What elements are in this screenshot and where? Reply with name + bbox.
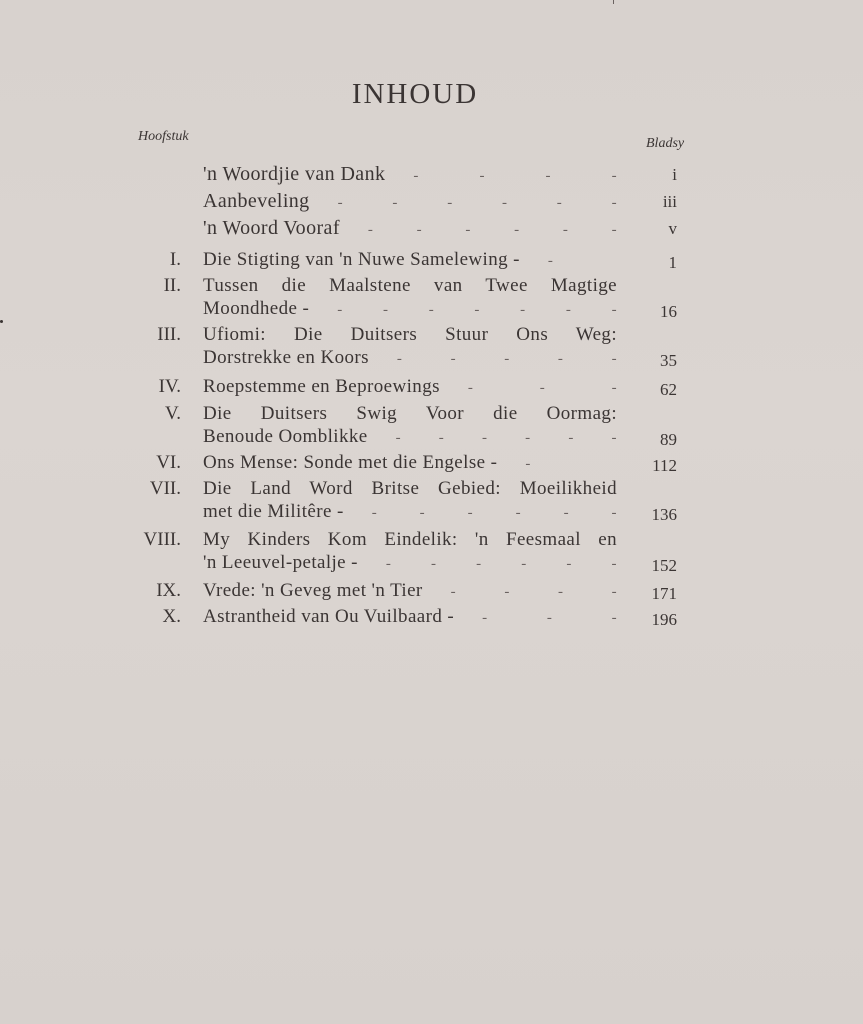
leader-dash: - xyxy=(482,610,487,627)
entry-title-line: Ons Mense: Sonde met die Engelse -- xyxy=(203,452,617,474)
entry-title: Die Land Word Britse Gebied: Moeilikheid xyxy=(203,478,617,499)
leader-dash: - xyxy=(482,430,487,447)
entry-title-line: Aanbeveling------ xyxy=(203,190,617,213)
entry-title: Ons Mense: Sonde met die Engelse - xyxy=(203,452,497,474)
entry-title: Die Stigting van 'n Nuwe Samelewing - xyxy=(203,249,520,271)
leader-dash: - xyxy=(338,195,343,212)
leader-dash: - xyxy=(479,168,484,185)
chapter-numeral: IX. xyxy=(156,580,181,602)
entry-title-line: 'n Leeuvel-petalje ------- xyxy=(203,552,617,574)
dot-leader: ------ xyxy=(368,430,617,447)
page-number: 1 xyxy=(669,253,678,273)
leader-dash: - xyxy=(558,584,563,601)
leader-dash: - xyxy=(504,584,509,601)
entry-title: Moondhede - xyxy=(203,298,309,320)
entry-title: Benoude Oomblikke xyxy=(203,426,368,448)
leader-dash: - xyxy=(465,222,470,239)
leader-dash: - xyxy=(558,351,563,368)
leader-dash: - xyxy=(548,253,553,270)
dot-leader: - xyxy=(520,253,617,270)
entry-title: Ufiomi: Die Duitsers Stuur Ons Weg: xyxy=(203,324,617,345)
chapter-numeral: VII. xyxy=(150,478,181,500)
entry-title-line: Ufiomi: Die Duitsers Stuur Ons Weg: xyxy=(203,324,617,346)
entry-title-line: 'n Woordjie van Dank---- xyxy=(203,163,617,186)
entry-title: 'n Leeuvel-petalje - xyxy=(203,552,358,574)
leader-dash: - xyxy=(516,505,521,522)
leader-dash: - xyxy=(451,584,456,601)
page-number: 35 xyxy=(660,351,677,371)
entry-title: Roepstemme en Beproewings xyxy=(203,376,440,398)
entry-title: Vrede: 'n Geveg met 'n Tier xyxy=(203,580,423,602)
leader-dash: - xyxy=(447,195,452,212)
chapter-numeral: IV. xyxy=(159,376,181,398)
entry-title-line: met die Militêre ------- xyxy=(203,501,617,523)
entry-title-line: My Kinders Kom Eindelik: 'n Feesmaal en xyxy=(203,529,617,551)
leader-dash: - xyxy=(547,610,552,627)
chapter-numeral: II. xyxy=(164,275,181,297)
entry-title: My Kinders Kom Eindelik: 'n Feesmaal en xyxy=(203,529,617,550)
entry-title: met die Militêre - xyxy=(203,501,344,523)
page-number: i xyxy=(672,165,677,185)
entry-title-line: 'n Woord Vooraf------ xyxy=(203,217,617,240)
dot-leader: ----- xyxy=(369,351,617,368)
entry-title: 'n Woord Vooraf xyxy=(203,217,340,240)
leader-dash: - xyxy=(397,351,402,368)
leader-dash: - xyxy=(525,456,530,473)
leader-dash: - xyxy=(612,584,617,601)
page-number: 112 xyxy=(652,456,677,476)
leader-dash: - xyxy=(521,556,526,573)
leader-dash: - xyxy=(612,430,617,447)
entry-title-line: Tussen die Maalstene van Twee Magtige xyxy=(203,275,617,297)
leader-dash: - xyxy=(520,302,525,319)
leader-dash: - xyxy=(612,380,617,397)
page-number: 16 xyxy=(660,302,677,322)
leader-dash: - xyxy=(540,380,545,397)
leader-dash: - xyxy=(413,168,418,185)
entry-title-line: Die Stigting van 'n Nuwe Samelewing -- xyxy=(203,249,617,271)
leader-dash: - xyxy=(383,302,388,319)
entry-title-line: Die Land Word Britse Gebied: Moeilikheid xyxy=(203,478,617,500)
entry-title: Aanbeveling xyxy=(203,190,310,213)
leader-dash: - xyxy=(337,302,342,319)
entry-title: Tussen die Maalstene van Twee Magtige xyxy=(203,275,617,296)
leader-dash: - xyxy=(431,556,436,573)
dot-leader: --- xyxy=(454,610,617,627)
page-column-header: Bladsy xyxy=(646,136,684,152)
leader-dash: - xyxy=(568,430,573,447)
entry-title-line: Dorstrekke en Koors----- xyxy=(203,347,617,369)
paper-mark xyxy=(613,0,614,4)
leader-dash: - xyxy=(566,556,571,573)
leader-dash: - xyxy=(439,430,444,447)
page-number: 136 xyxy=(652,505,678,525)
chapter-numeral: VI. xyxy=(156,452,181,474)
entry-title: Die Duitsers Swig Voor die Oormag: xyxy=(203,403,617,424)
entry-title-line: Roepstemme en Beproewings--- xyxy=(203,376,617,398)
book-page: INHOUD Hoofstuk Bladsy 'n Woordjie van D… xyxy=(0,0,863,1024)
dot-leader: ---- xyxy=(385,168,617,185)
leader-dash: - xyxy=(514,222,519,239)
leader-dash: - xyxy=(612,505,617,522)
paper-mark xyxy=(0,320,3,323)
leader-dash: - xyxy=(420,505,425,522)
dot-leader: ------ xyxy=(344,505,617,522)
leader-dash: - xyxy=(612,195,617,212)
leader-dash: - xyxy=(429,302,434,319)
page-number: 152 xyxy=(652,556,678,576)
leader-dash: - xyxy=(502,195,507,212)
leader-dash: - xyxy=(476,556,481,573)
page-number: 89 xyxy=(660,430,677,450)
entry-title-line: Astrantheid van Ou Vuilbaard ---- xyxy=(203,606,617,628)
leader-dash: - xyxy=(546,168,551,185)
page-number: 62 xyxy=(660,380,677,400)
entry-title: Astrantheid van Ou Vuilbaard - xyxy=(203,606,454,628)
leader-dash: - xyxy=(368,222,373,239)
page-number: 196 xyxy=(652,610,678,630)
page-title: INHOUD xyxy=(0,78,830,111)
leader-dash: - xyxy=(396,430,401,447)
page-number: iii xyxy=(663,192,677,212)
leader-dash: - xyxy=(557,195,562,212)
leader-dash: - xyxy=(564,505,569,522)
entry-title-line: Die Duitsers Swig Voor die Oormag: xyxy=(203,403,617,425)
chapter-numeral: III. xyxy=(157,324,181,346)
leader-dash: - xyxy=(612,610,617,627)
dot-leader: ---- xyxy=(423,584,617,601)
leader-dash: - xyxy=(372,505,377,522)
entry-title-line: Vrede: 'n Geveg met 'n Tier---- xyxy=(203,580,617,602)
leader-dash: - xyxy=(612,351,617,368)
leader-dash: - xyxy=(451,351,456,368)
leader-dash: - xyxy=(468,380,473,397)
chapter-numeral: X. xyxy=(163,606,181,628)
leader-dash: - xyxy=(612,302,617,319)
leader-dash: - xyxy=(392,195,397,212)
chapter-numeral: V. xyxy=(165,403,181,425)
leader-dash: - xyxy=(474,302,479,319)
chapter-numeral: I. xyxy=(170,249,181,271)
dot-leader: - xyxy=(497,456,617,473)
entry-title-line: Moondhede -------- xyxy=(203,298,617,320)
leader-dash: - xyxy=(386,556,391,573)
leader-dash: - xyxy=(566,302,571,319)
leader-dash: - xyxy=(612,222,617,239)
dot-leader: ------ xyxy=(358,556,617,573)
dot-leader: --- xyxy=(440,380,617,397)
page-number: 171 xyxy=(652,584,678,604)
leader-dash: - xyxy=(563,222,568,239)
chapter-column-header: Hoofstuk xyxy=(138,129,189,145)
entry-title: Dorstrekke en Koors xyxy=(203,347,369,369)
page-number: v xyxy=(669,219,678,239)
leader-dash: - xyxy=(468,505,473,522)
leader-dash: - xyxy=(504,351,509,368)
leader-dash: - xyxy=(417,222,422,239)
leader-dash: - xyxy=(525,430,530,447)
entry-title: 'n Woordjie van Dank xyxy=(203,163,385,186)
dot-leader: ------ xyxy=(340,222,617,239)
dot-leader: ------ xyxy=(310,195,617,212)
entry-title-line: Benoude Oomblikke------ xyxy=(203,426,617,448)
dot-leader: ------- xyxy=(309,302,617,319)
leader-dash: - xyxy=(612,168,617,185)
leader-dash: - xyxy=(612,556,617,573)
chapter-numeral: VIII. xyxy=(144,529,181,551)
